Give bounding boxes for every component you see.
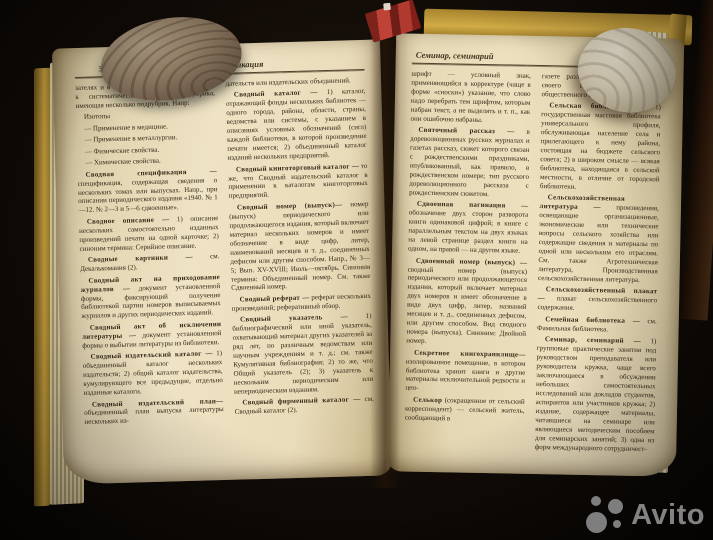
dictionary-entry: Сводный акт об исключении литературы — д… — [82, 320, 222, 351]
dictionary-entry: Святочный рассказ — в дореволюционных ру… — [409, 126, 530, 200]
dictionary-entry: Сводные картинки — см. Декалькомания (2)… — [80, 252, 220, 274]
left-page-content: 32 Сводная спецификация зателях и в алфа… — [74, 56, 375, 466]
logo-circle-large — [586, 512, 607, 533]
book-cover-edge-left — [34, 68, 51, 507]
dictionary-entry: Семинар, семинарий — 1) групповые практи… — [535, 335, 657, 454]
dictionary-entry: Изотопы — [76, 109, 216, 122]
dictionary-entry: Сводный акт на приходование журналов — д… — [80, 273, 221, 322]
dictionary-entry: — Применение в металлургии. — [76, 132, 216, 145]
dictionary-entry: Сводный книготорговый каталог — то же, ч… — [228, 161, 368, 201]
dictionary-entry: Сдвоенная пагинация — обозначение двух с… — [408, 200, 529, 256]
photo-background: 32 Сводная спецификация зателях и в алфа… — [0, 0, 713, 540]
dictionary-entry: шрифт — условный знак, применяющийся в к… — [411, 70, 532, 126]
logo-circle-tiny — [613, 520, 621, 528]
dictionary-entry: — Химические свойства. — [77, 155, 217, 168]
left-page-column-2: дательств или издательских объединений.С… — [225, 76, 374, 426]
dictionary-entry: Сводный реферат — реферат нескольких про… — [231, 292, 371, 314]
dictionary-entry: Сдвоенный номер (выпуск) — сводный номер… — [406, 256, 527, 348]
dictionary-entry: Сводный издательский каталог — 1) объеди… — [82, 349, 223, 398]
right-page-column-1: шрифт — условный знак, применяющийся в к… — [404, 70, 531, 454]
dictionary-entry: Сводная спецификация — спецификация, сод… — [77, 167, 218, 216]
ribbon-tip — [383, 3, 391, 11]
dictionary-entry: — Физические свойства. — [77, 144, 217, 157]
dictionary-entry: Сельскохозяйственный плакат — плакат сел… — [537, 285, 657, 314]
right-page-column-2: газете различные факты из жизни своего с… — [535, 72, 662, 456]
dictionary-entry: Сводный номер (выпуск)— номер (выпуск) п… — [229, 200, 371, 293]
avito-watermark: Avito — [586, 496, 705, 534]
dictionary-entry: Сельскохозяйственная литература — произв… — [538, 193, 659, 285]
dictionary-entry: Сводный фирменный каталог — см. Сводный … — [234, 395, 374, 417]
avito-logo-icon — [586, 496, 624, 534]
dictionary-entry: Сводное описание — 1) описание нескольки… — [79, 214, 219, 254]
dictionary-entry: Секретное книгохранилище— изолированное … — [405, 348, 525, 395]
dictionary-entry: Селькор (сокращенное от сельский корресп… — [405, 395, 525, 424]
avito-wordmark: Avito — [631, 501, 705, 530]
open-book: 32 Сводная спецификация зателях и в алфа… — [26, 4, 688, 514]
left-page: 32 Сводная спецификация зателях и в алфа… — [52, 40, 392, 485]
dictionary-entry: Сельская библиотека — 1) государственная… — [540, 101, 661, 193]
dictionary-entry: Сводный издательский план— объединенный … — [84, 397, 224, 428]
logo-circle-small — [591, 496, 601, 506]
left-page-column-1: зателях и в алфавитно-предметном указате… — [75, 80, 224, 430]
spine-gutter-shadow — [370, 40, 400, 488]
right-page-columns: шрифт — условный знак, применяющийся в к… — [404, 70, 661, 457]
dictionary-entry: дательств или издательских объединений. — [225, 76, 365, 89]
dictionary-entry: Семейная библиотека — см. Фамильная библ… — [537, 315, 657, 335]
dictionary-entry: Сводный каталог — 1) каталог, отражающий… — [226, 87, 367, 162]
dictionary-entry: — Применение в медицине. — [76, 121, 216, 134]
left-page-columns: зателях и в алфавитно-предметном указате… — [75, 76, 375, 430]
dictionary-entry: Сводный указатель — 1) библиографический… — [232, 312, 374, 396]
logo-circle-medium — [608, 499, 623, 514]
